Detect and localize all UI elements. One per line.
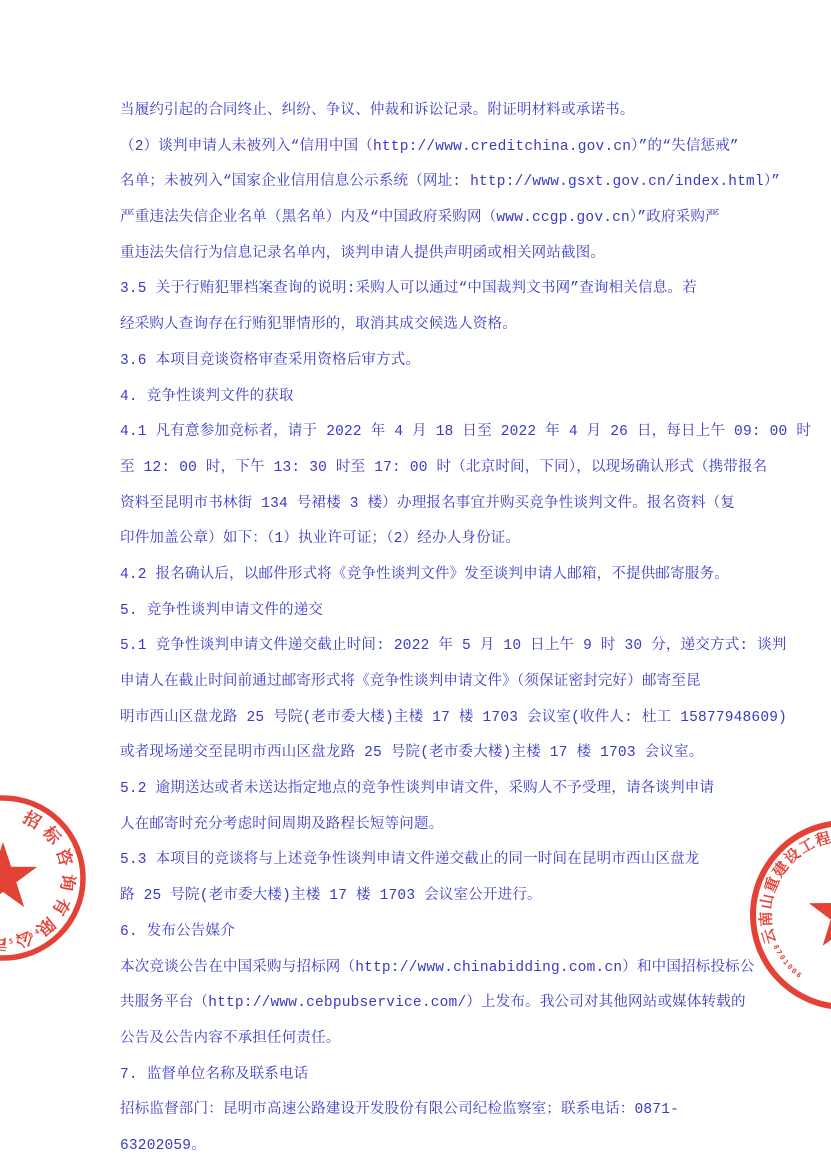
text-line: 本次竞谈公告在中国采购与招标网（http://www.chinabidding.… (120, 951, 760, 987)
seal-arc-text: 招标咨询有限公司 (0, 806, 79, 952)
seal-arc-text: 云南山重建设工程 (757, 828, 831, 946)
seal-serial-number: 0257504 (0, 926, 44, 946)
text-line: 公告及公告内容不承担任何责任。 (120, 1022, 760, 1058)
section-heading: 5. 竞争性谈判申请文件的递交 (120, 594, 760, 630)
stamp-star-icon (809, 877, 831, 946)
text-line: 明市西山区盘龙路 25 号院(老市委大楼)主楼 17 楼 1703 会议室(收件… (120, 701, 760, 737)
text-line: 重违法失信行为信息记录名单内，谈判申请人提供声明函或相关网站截图。 (120, 237, 760, 273)
left-company-seal: 招标咨询有限公司 0257504 (0, 778, 103, 978)
text-line: 招标监督部门：昆明市高速公路建设开发股份有限公司纪检监察室；联系电话：0871- (120, 1093, 760, 1129)
text-line: 或者现场递交至昆明市西山区盘龙路 25 号院(老市委大楼)主楼 17 楼 170… (120, 736, 760, 772)
text-line: 经采购人查询存在行贿犯罪情形的，取消其成交候选人资格。 (120, 308, 760, 344)
document-page: 当履约引起的合同终止、纠纷、争议、仲裁和诉讼记录。附证明材料或承诺书。（2）谈判… (0, 0, 831, 1174)
text-line: （2）谈判申请人未被列入“信用中国（http://www.creditchina… (120, 130, 760, 166)
text-line: 路 25 号院(老市委大楼)主楼 17 楼 1703 会议室公开进行。 (120, 879, 760, 915)
section-heading: 4. 竞争性谈判文件的获取 (120, 380, 760, 416)
text-line: 印件加盖公章）如下：（1）执业许可证；（2）经办人身份证。 (120, 522, 760, 558)
text-line: 共服务平台（http://www.cebpubservice.com/）上发布。… (120, 986, 760, 1022)
text-line: 4.1 凡有意参加竞标者，请于 2022 年 4 月 18 日至 2022 年 … (120, 415, 760, 451)
text-line: 4.2 报名确认后，以邮件形式将《竞争性谈判文件》发至谈判申请人邮箱，不提供邮寄… (120, 558, 760, 594)
stamp-star-icon (0, 842, 37, 907)
text-line: 5.3 本项目的竞谈将与上述竞争性谈判申请文件递交截止的同一时间在昆明市西山区盘… (120, 843, 760, 879)
text-line: 3.5 关于行贿犯罪档案查询的说明:采购人可以通过“中国裁判文书网”查询相关信息… (120, 272, 760, 308)
seal-serial-number: 8701006 (772, 943, 805, 981)
section-heading: 6. 发布公告媒介 (120, 915, 760, 951)
seal-ring (753, 823, 831, 1007)
text-line: 名单；未被列入“国家企业信用信息公示系统（网址: http://www.gsxt… (120, 165, 760, 201)
text-line: 5.1 竞争性谈判申请文件递交截止时间: 2022 年 5 月 10 日上午 9… (120, 629, 760, 665)
text-line: 人在邮寄时充分考虑时间周期及路程长短等问题。 (120, 808, 760, 844)
text-line: 至 12: 00 时，下午 13: 30 时至 17: 00 时（北京时间，下同… (120, 451, 760, 487)
section-heading: 7. 监督单位名称及联系电话 (120, 1058, 760, 1094)
text-line: 资料至昆明市书林街 134 号裙楼 3 楼）办理报名事宜并购买竞争性谈判文件。报… (120, 487, 760, 523)
text-line: 5.2 逾期送达或者未送达指定地点的竞争性谈判申请文件，采购人不予受理，请各谈判… (120, 772, 760, 808)
text-line: 当履约引起的合同终止、纠纷、争议、仲裁和诉讼记录。附证明材料或承诺书。 (120, 94, 760, 130)
text-line: 申请人在截止时间前通过邮寄形式将《竞争性谈判申请文件》（须保证密封完好）邮寄至昆 (120, 665, 760, 701)
document-body: 当履约引起的合同终止、纠纷、争议、仲裁和诉讼记录。附证明材料或承诺书。（2）谈判… (120, 94, 760, 1165)
seal-ring (0, 798, 83, 958)
text-line: 63202059。 (120, 1129, 760, 1165)
text-line: 3.6 本项目竞谈资格审查采用资格后审方式。 (120, 344, 760, 380)
text-line: 严重违法失信企业名单（黑名单）内及“中国政府采购网（www.ccgp.gov.c… (120, 201, 760, 237)
